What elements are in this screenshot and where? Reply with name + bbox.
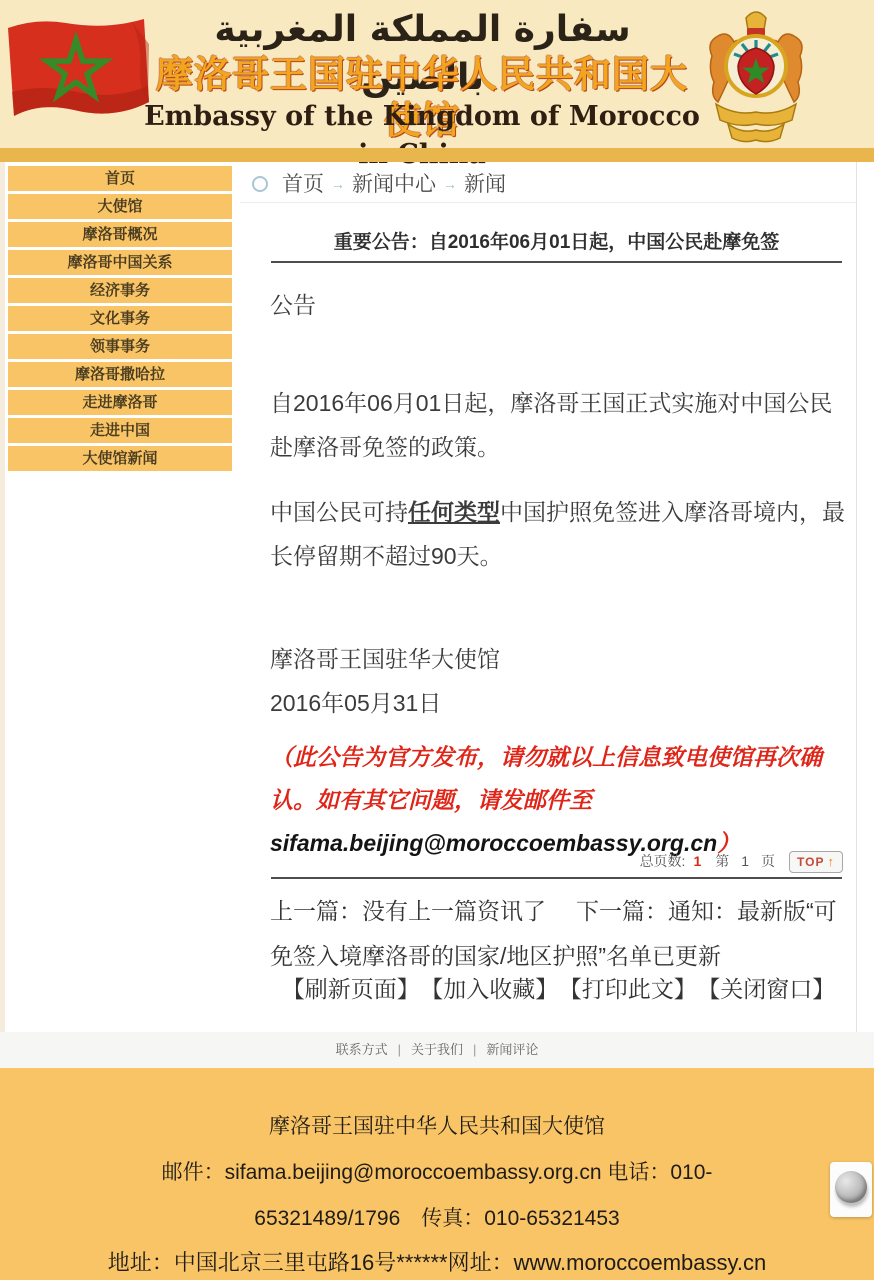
footer-links-bar: 联系方式|关于我们|新闻评论 — [0, 1032, 874, 1068]
breadcrumb-bullet-icon — [252, 176, 268, 192]
footer-link-contact[interactable]: 联系方式 — [336, 1042, 388, 1057]
article-paragraph-2: 中国公民可持任何类型中国护照免签进入摩洛哥境内，最长停留期不超过90天。 — [270, 490, 847, 578]
print-article-button[interactable]: 【打印此文】 — [570, 976, 697, 1002]
header-divider-strip — [0, 148, 874, 162]
add-favorite-button[interactable]: 【加入收藏】 — [432, 976, 559, 1002]
sidebar-item-moroccan-sahara[interactable]: 摩洛哥撒哈拉 — [8, 362, 232, 387]
up-arrow-icon: ↑ — [828, 854, 836, 869]
official-notice-red: （此公告为官方发布，请勿就以上信息致电使馆再次确认。如有其它问题，请发邮件至si… — [270, 736, 847, 865]
notice-red-text: （此公告为官方发布，请勿就以上信息致电使馆再次确认。如有其它问题，请发邮件至 — [270, 744, 822, 813]
pagination-total-label: 总页数: — [640, 853, 686, 869]
sidebar-item-home[interactable]: 首页 — [8, 166, 232, 191]
sidebar-item-morocco-overview[interactable]: 摩洛哥概况 — [8, 222, 232, 247]
breadcrumb-news[interactable]: 新闻 — [464, 173, 506, 196]
footer-address-website: 地址：中国北京三里屯路16号******网址：www.moroccoembass… — [0, 1248, 874, 1278]
sidebar-item-cultural-affairs[interactable]: 文化事务 — [8, 306, 232, 331]
sidebar-menu: 首页 大使馆 摩洛哥概况 摩洛哥中国关系 经济事务 文化事务 领事事务 摩洛哥撒… — [8, 166, 232, 474]
paragraph-2-emphasis: 任何类型 — [408, 499, 500, 525]
sidebar-item-embassy-news[interactable]: 大使馆新闻 — [8, 446, 232, 471]
article-title: 重要公告：自2016年06月01日起，中国公民赴摩免签 — [270, 227, 843, 254]
refresh-page-button[interactable]: 【刷新页面】 — [282, 976, 420, 1002]
breadcrumb-arrow-icon: → — [331, 176, 345, 192]
article-paragraph-1: 自2016年06月01日起，摩洛哥王国正式实施对中国公民赴摩洛哥免签的政策。 — [270, 381, 847, 469]
pagination-page-unit: 页 — [761, 853, 775, 869]
morocco-flag-icon — [2, 14, 162, 140]
sidebar-item-into-morocco[interactable]: 走进摩洛哥 — [8, 390, 232, 415]
header-chinese-title: 摩洛哥王国驻中华人民共和国大使馆 — [148, 52, 696, 98]
back-to-top-label: TOP — [797, 855, 824, 869]
sidebar-item-into-china[interactable]: 走进中国 — [8, 418, 232, 443]
floating-widget-button[interactable] — [830, 1162, 872, 1217]
sidebar-item-embassy[interactable]: 大使馆 — [8, 194, 232, 219]
pagination-bar: 总页数:1第1页TOP↑ — [270, 848, 843, 874]
paragraph-2-text: 中国公民可持 — [270, 499, 408, 525]
globe-ball-icon — [835, 1171, 867, 1203]
sidebar-item-morocco-china-relations[interactable]: 摩洛哥中国关系 — [8, 250, 232, 275]
back-to-top-button[interactable]: TOP↑ — [789, 851, 843, 873]
footer-link-separator: | — [473, 1042, 476, 1057]
prev-text: 没有上一篇资讯了 — [362, 898, 546, 924]
article-action-links: 【刷新页面】【加入收藏】【打印此文】【关闭窗口】 — [270, 972, 847, 1006]
breadcrumb: 首页→新闻中心→新闻 — [240, 166, 856, 203]
footer-link-about[interactable]: 关于我们 — [411, 1042, 463, 1057]
footer-phone-fax: 65321489/1796 传真：010-65321453 — [0, 1204, 874, 1234]
pagination-page-value: 1 — [741, 853, 749, 869]
footer-link-news-comments[interactable]: 新闻评论 — [486, 1042, 538, 1057]
content-right-divider — [856, 162, 857, 1032]
header-english-title: Embassy of the Kingdom of Morocco in Chi… — [144, 98, 700, 136]
header-banner: سفارة المملكة المغربية بالصين 摩洛哥王国驻中华人民… — [0, 0, 874, 148]
pagination-page-label: 第 — [715, 853, 729, 869]
article-date: 2016年05月31日 — [270, 681, 843, 725]
close-window-button[interactable]: 【关闭窗口】 — [709, 976, 836, 1002]
pagination-divider — [271, 877, 842, 879]
pagination-total-value: 1 — [693, 853, 701, 869]
footer-link-separator: | — [398, 1042, 401, 1057]
breadcrumb-news-center[interactable]: 新闻中心 — [352, 173, 436, 196]
next-label: 下一篇： — [576, 898, 668, 924]
footer: 摩洛哥王国驻中华人民共和国大使馆 邮件：sifama.beijing@moroc… — [0, 1068, 874, 1280]
title-divider — [271, 261, 842, 263]
morocco-coat-of-arms-icon — [698, 4, 814, 146]
breadcrumb-arrow-icon: → — [443, 176, 457, 192]
prev-label: 上一篇： — [270, 898, 362, 924]
article-signature: 摩洛哥王国驻华大使馆 — [270, 637, 843, 681]
breadcrumb-home[interactable]: 首页 — [282, 173, 324, 196]
left-edge-strip — [0, 162, 5, 1032]
footer-embassy-name: 摩洛哥王国驻中华人民共和国大使馆 — [0, 1112, 874, 1142]
article-section-label: 公告 — [270, 283, 843, 327]
prev-next-links: 上一篇：没有上一篇资讯了下一篇：通知：最新版“可免签入境摩洛哥的国家/地区护照”… — [270, 889, 847, 979]
sidebar-item-consular-affairs[interactable]: 领事事务 — [8, 334, 232, 359]
sidebar-item-economic-affairs[interactable]: 经济事务 — [8, 278, 232, 303]
footer-email-phone: 邮件：sifama.beijing@moroccoembassy.org.cn … — [0, 1158, 874, 1188]
header-arabic-title: سفارة المملكة المغربية بالصين — [150, 6, 695, 54]
